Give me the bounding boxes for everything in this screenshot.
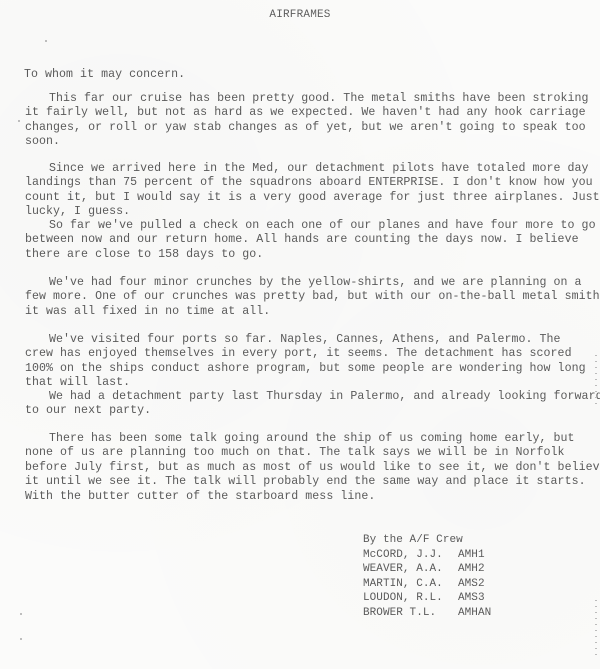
- paragraph-line: Since we arrived here in the Med, our de…: [25, 162, 595, 176]
- paragraph-line: there are close to 158 days to go.: [25, 248, 595, 262]
- crew-member-row: BROWER T.L.AMHAN: [363, 606, 491, 621]
- scan-edge-marks: [595, 355, 597, 405]
- crew-member-name: MARTIN, C.A.: [363, 577, 458, 592]
- paragraph-line: it was all fixed in no time at all.: [25, 305, 595, 319]
- paragraph-line: count it, but I would say it is a very g…: [25, 191, 595, 205]
- signature-block: By the A/F Crew McCORD, J.J.AMH1WEAVER, …: [363, 533, 491, 621]
- paragraph-day-landings: Since we arrived here in the Med, our de…: [25, 162, 595, 220]
- typewritten-page: AIRFRAMES To whom it may concern. This f…: [0, 0, 600, 669]
- crew-member-row: LOUDON, R.L.AMS3: [363, 591, 491, 606]
- paper-speck: [45, 40, 47, 42]
- paragraph-line: 100% on the ships conduct ashore program…: [25, 362, 595, 376]
- paragraph-line: it until we see it. The talk will probab…: [25, 475, 595, 489]
- paper-speck: [18, 120, 20, 122]
- paragraph-line: There has been some talk going around th…: [25, 432, 595, 446]
- paragraph-line: between now and our return home. All han…: [25, 233, 595, 247]
- paragraph-coming-home-rumor: There has been some talk going around th…: [25, 432, 595, 504]
- paragraph-line: With the butter cutter of the starboard …: [25, 490, 595, 504]
- paper-speck: [20, 638, 22, 640]
- paragraph-line: it fairly well, but not as hard as we ex…: [25, 106, 595, 120]
- crew-member-name: LOUDON, R.L.: [363, 591, 458, 606]
- crew-member-rate: AMS2: [458, 577, 485, 592]
- paragraph-line: to our next party.: [25, 404, 595, 418]
- paragraph-line: landings than 75 percent of the squadron…: [25, 176, 595, 190]
- paragraph-line: changes, or roll or yaw stab changes as …: [25, 121, 595, 135]
- crew-list: McCORD, J.J.AMH1WEAVER, A.A.AMH2MARTIN, …: [363, 548, 491, 621]
- paragraph-ports-visited: We've visited four ports so far. Naples,…: [25, 333, 595, 391]
- crew-member-row: McCORD, J.J.AMH1: [363, 548, 491, 563]
- paragraph-detachment-party: We had a detachment party last Thursday …: [25, 390, 595, 419]
- paragraph-line: before July first, but as much as most o…: [25, 461, 595, 475]
- paragraph-crunches: We've had four minor crunches by the yel…: [25, 276, 595, 319]
- paragraph-line: crew has enjoyed themselves in every por…: [25, 347, 595, 361]
- paragraph-cruise-status: This far our cruise has been pretty good…: [25, 92, 595, 150]
- crew-member-row: MARTIN, C.A.AMS2: [363, 577, 491, 592]
- paragraph-line: We've had four minor crunches by the yel…: [25, 276, 595, 290]
- paragraph-line: This far our cruise has been pretty good…: [25, 92, 595, 106]
- crew-member-name: BROWER T.L.: [363, 606, 458, 621]
- paragraph-line: We've visited four ports so far. Naples,…: [25, 333, 595, 347]
- paper-speck: [20, 613, 22, 615]
- crew-member-name: WEAVER, A.A.: [363, 562, 458, 577]
- crew-member-rate: AMS3: [458, 591, 485, 606]
- paragraph-plane-checks: So far we've pulled a check on each one …: [25, 219, 595, 262]
- paragraph-line: few more. One of our crunches was pretty…: [25, 290, 595, 304]
- signature-heading: By the A/F Crew: [363, 533, 491, 548]
- paragraph-line: We had a detachment party last Thursday …: [25, 390, 595, 404]
- paragraph-line: none of us are planning too much on that…: [25, 446, 595, 460]
- scan-edge-marks-lower: [595, 600, 597, 660]
- salutation: To whom it may concern.: [24, 68, 185, 83]
- document-title: AIRFRAMES: [0, 9, 600, 21]
- paragraph-line: lucky, I guess.: [25, 205, 595, 219]
- paragraph-line: that will last.: [25, 376, 595, 390]
- crew-member-row: WEAVER, A.A.AMH2: [363, 562, 491, 577]
- crew-member-rate: AMH1: [458, 548, 485, 563]
- paragraph-line: soon.: [25, 135, 595, 149]
- crew-member-name: McCORD, J.J.: [363, 548, 458, 563]
- crew-member-rate: AMH2: [458, 562, 485, 577]
- paragraph-line: So far we've pulled a check on each one …: [25, 219, 595, 233]
- crew-member-rate: AMHAN: [458, 606, 491, 621]
